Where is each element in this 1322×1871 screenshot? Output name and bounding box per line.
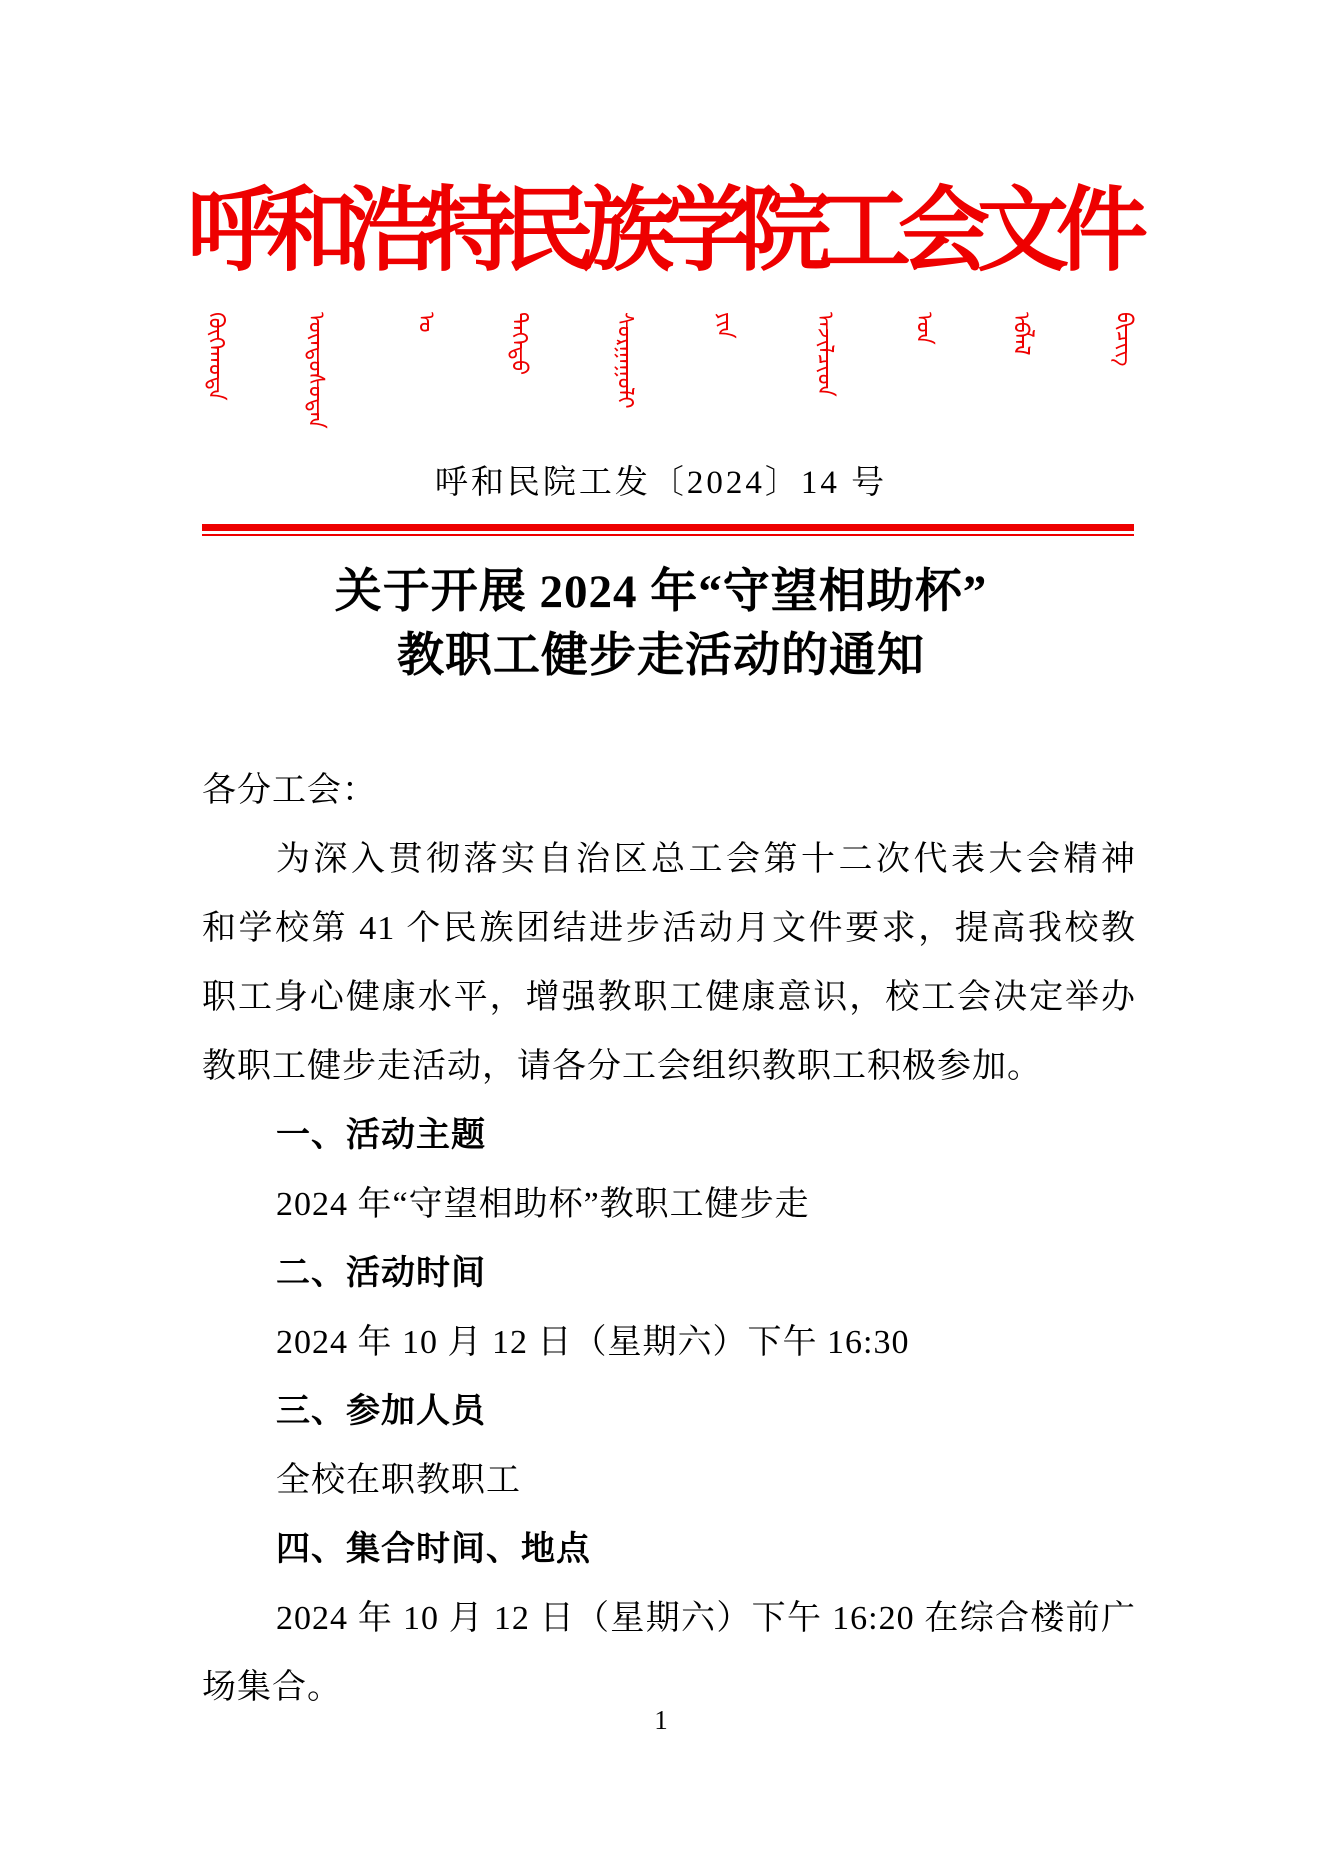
- mongolian-word: ᠶᠢᠨ: [709, 312, 739, 417]
- document-number: 呼和民院工发〔2024〕14 号: [0, 462, 1322, 504]
- section-heading-2: 二、活动时间: [202, 1239, 1136, 1308]
- body-line: 和学校第 41 个民族团结进步活动月文件要求，提高我校教: [202, 894, 1136, 963]
- mongolian-word: ᠠᠵᠢᠯᠴᠢᠳ: [809, 312, 839, 435]
- page-number: 1: [0, 1703, 1322, 1737]
- section-content-theme: 2024 年“守望相助杯”教职工健步走: [202, 1170, 1136, 1239]
- section-content-time: 2024 年 10 月 12 日（星期六）下午 16:30: [202, 1308, 1136, 1377]
- body-line: 为深入贯彻落实自治区总工会第十二次代表大会精神: [202, 825, 1136, 894]
- document-title: 关于开展 2024 年“守望相助杯” 教职工健步走活动的通知: [0, 560, 1322, 688]
- section-content-people: 全校在职教职工: [202, 1446, 1136, 1515]
- mongolian-word: ᠰᠤᠷᠭᠠᠭᠤᠯᠢ: [609, 312, 639, 447]
- mongolian-word: ᠡᠪᠯᠡᠯ: [1005, 312, 1035, 392]
- document-page: 呼和浩特民族学院工会文件 ᠬᠥᠬᠡᠬᠣᠲᠠ ᠦᠨᠳᠦᠰᠦᠲᠡᠨ ᠤ ᠳᠡᠭᠡᠳᠦ…: [0, 0, 1322, 1871]
- mongolian-word: ᠤᠨ: [908, 312, 938, 430]
- section-heading-1: 一、活动主题: [202, 1101, 1136, 1170]
- mongolian-word: ᠬᠥᠬᠡᠬᠣᠲᠠ: [200, 312, 230, 424]
- mongolian-word: ᠳᠡᠭᠡᠳᠦ: [503, 312, 533, 435]
- section-heading-4: 四、集合时间、地点: [202, 1515, 1136, 1584]
- body-line: 教职工健步走活动，请各分工会组织教职工积极参加。: [202, 1032, 1136, 1101]
- mongolian-script-row: ᠬᠥᠬᠡᠬᠣᠲᠠ ᠦᠨᠳᠦᠰᠦᠲᠡᠨ ᠤ ᠳᠡᠭᠡᠳᠦ ᠰᠤᠷᠭᠠᠭᠤᠯᠢ ᠶᠢ…: [202, 312, 1134, 462]
- org-title-red-header: 呼和浩特民族学院工会文件: [0, 181, 1322, 281]
- body-line: 职工身心健康水平，增强教职工健康意识，校工会决定举办: [202, 963, 1136, 1032]
- section-content-location: 2024 年 10 月 12 日（星期六）下午 16:20 在综合楼前广: [202, 1584, 1136, 1653]
- mongolian-word: ᠦᠨᠳᠦᠰᠦᠲᠡᠨ: [300, 312, 330, 447]
- document-title-line2: 教职工健步走活动的通知: [0, 624, 1322, 688]
- mongolian-word: ᠤ: [410, 312, 440, 340]
- mongolian-word: ᠪᠢᠴᠢᠭ: [1108, 312, 1138, 438]
- body-line-salutation: 各分工会：: [202, 756, 1136, 825]
- section-heading-3: 三、参加人员: [202, 1377, 1136, 1446]
- red-separator-line: [202, 524, 1134, 536]
- document-title-line1: 关于开展 2024 年“守望相助杯”: [0, 560, 1322, 624]
- document-body: 各分工会： 为深入贯彻落实自治区总工会第十二次代表大会精神 和学校第 41 个民…: [202, 756, 1136, 1722]
